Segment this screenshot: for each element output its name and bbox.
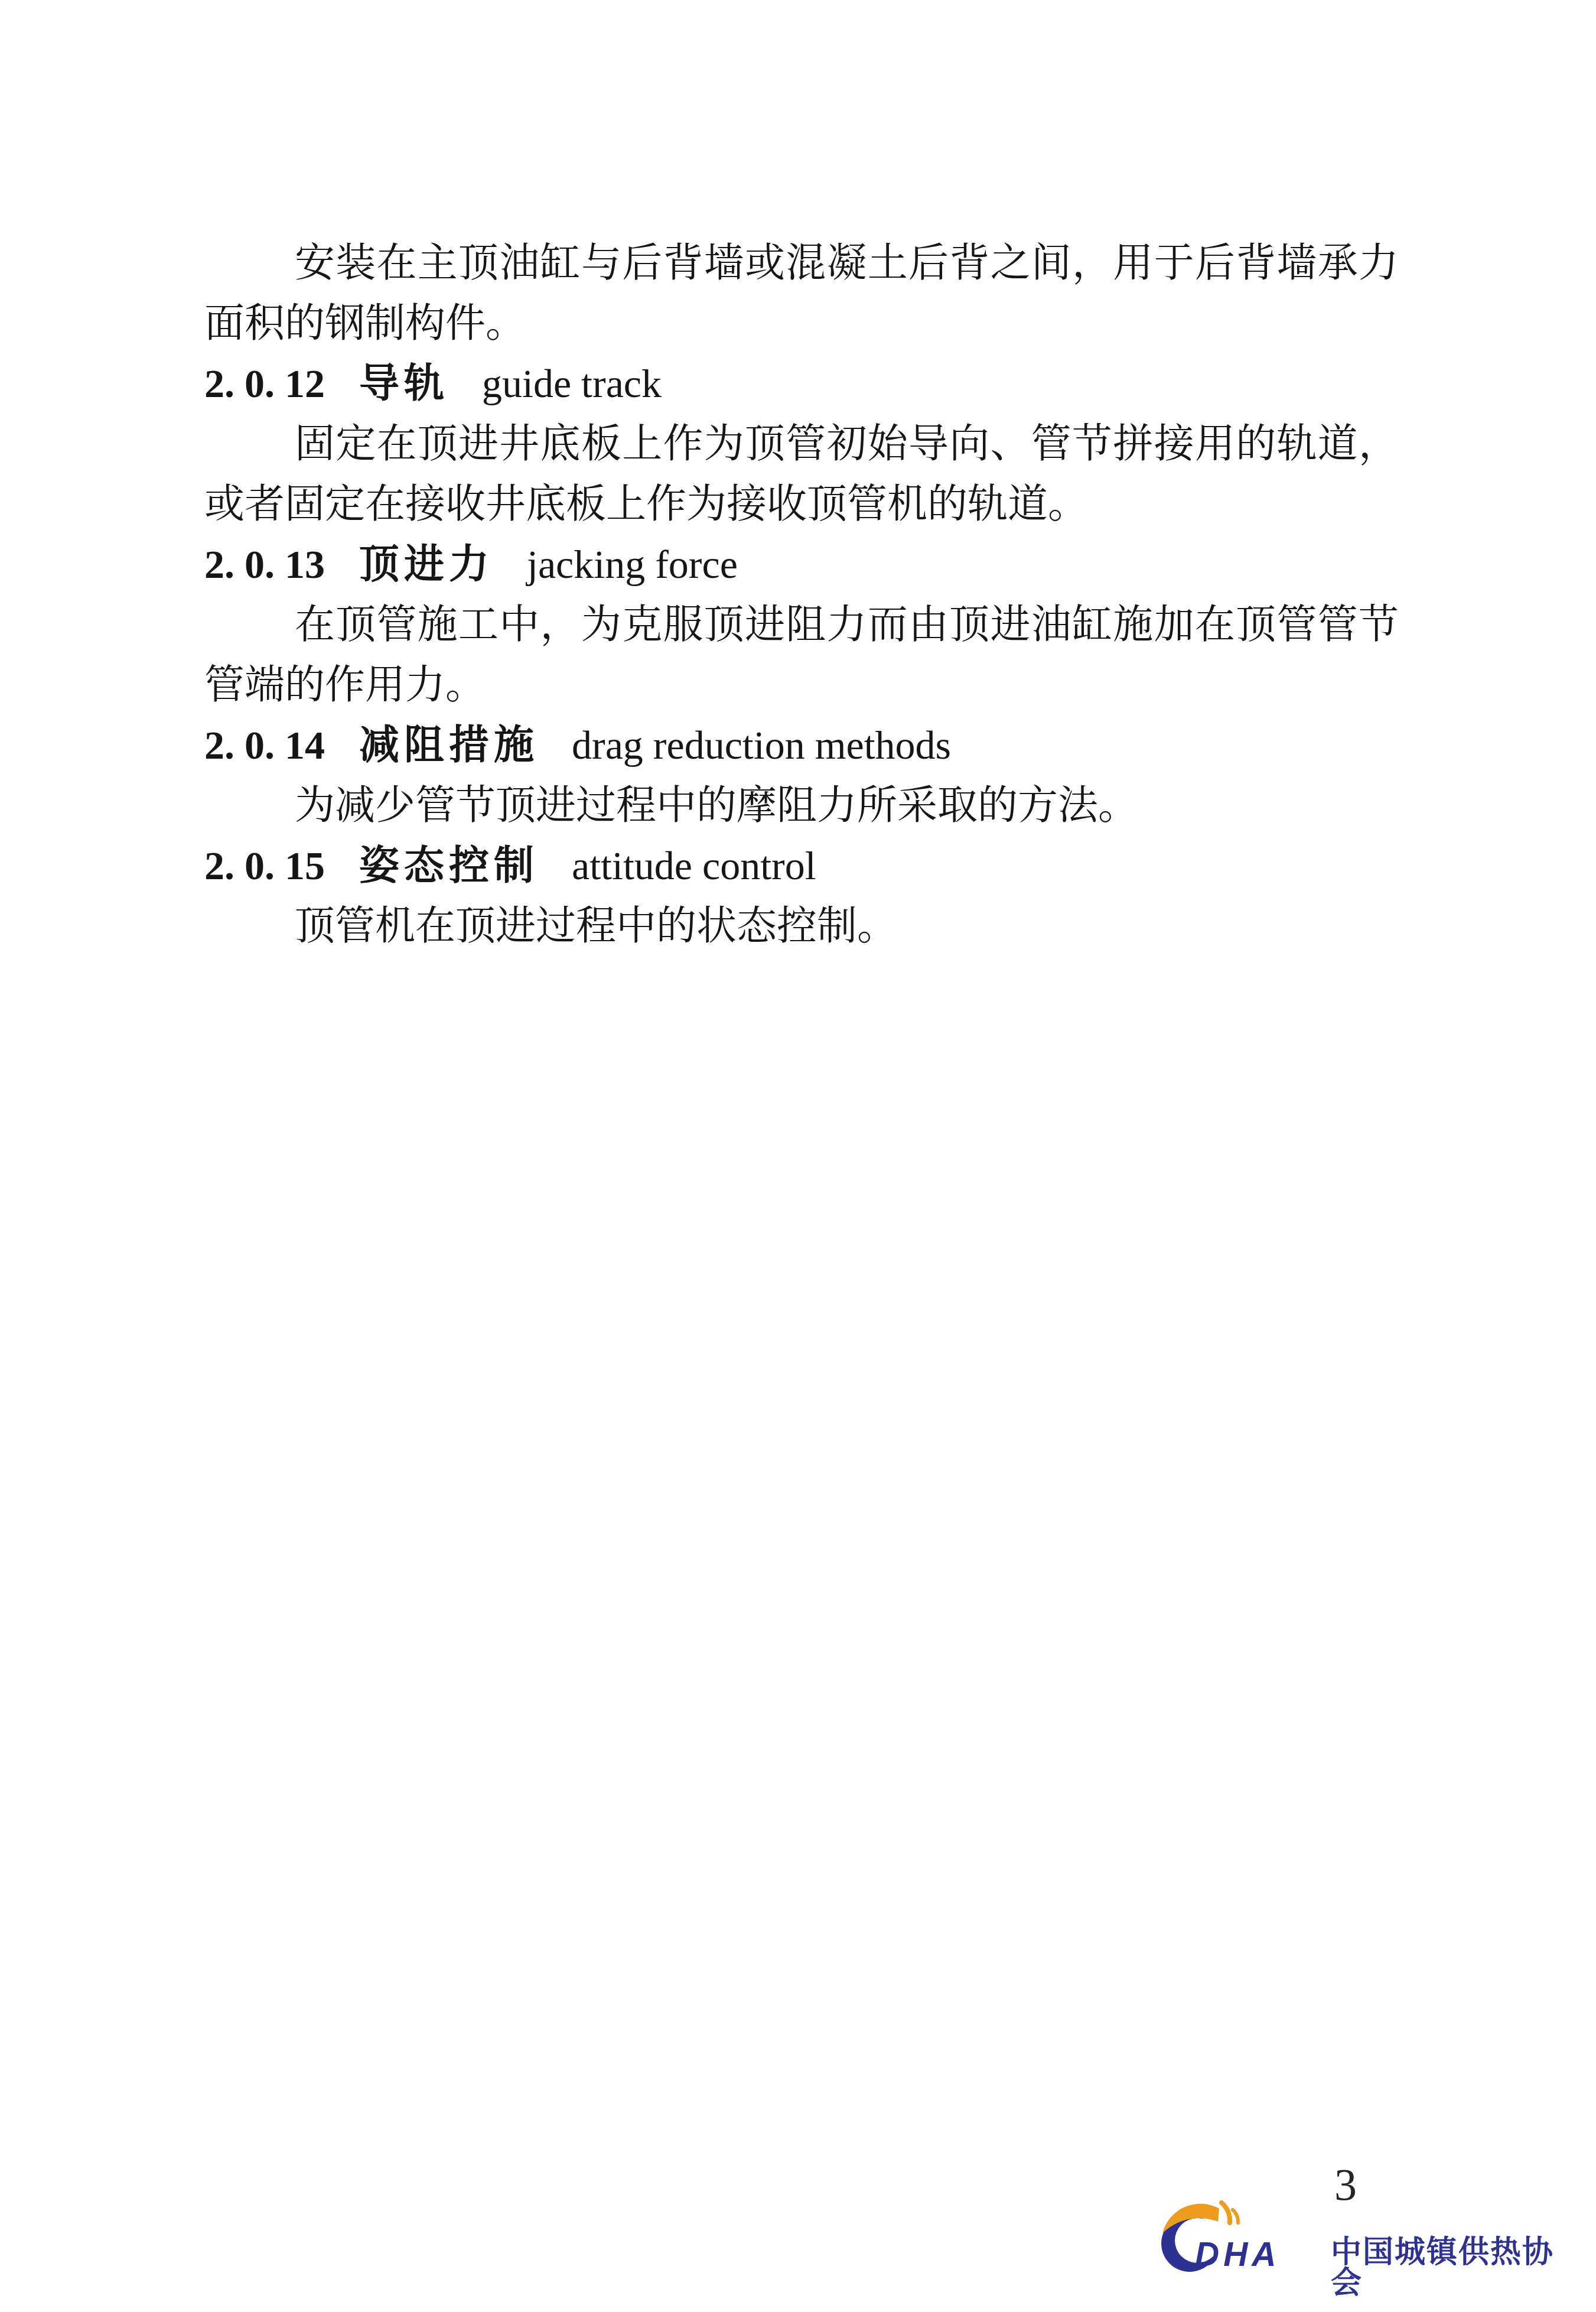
- term-name-zh: 姿态控制: [359, 843, 539, 888]
- term-name-zh: 减阻措施: [359, 723, 539, 768]
- term-name-en: drag reduction methods: [572, 723, 951, 768]
- definition-paragraph: 安装在主顶油缸与后背墙或混凝土后背之间，用于后背墙承力面积的钢制构件。: [204, 233, 1399, 353]
- logo-acronym: DHA: [1195, 2238, 1281, 2272]
- document-page: 安装在主顶油缸与后背墙或混凝土后背之间，用于后背墙承力面积的钢制构件。 2. 0…: [0, 0, 1596, 2312]
- term-name-en: attitude control: [572, 843, 816, 888]
- definition-paragraph: 为减少管节顶进过程中的摩阻力所采取的方法。: [204, 775, 1399, 835]
- term-number: 2. 0. 13: [204, 542, 325, 587]
- term-number: 2. 0. 15: [204, 843, 325, 888]
- term-entry-2-0-14: 2. 0. 14减阻措施drag reduction methods: [204, 715, 1399, 775]
- term-name-en: guide track: [482, 361, 662, 406]
- definition-paragraph: 顶管机在顶进过程中的状态控制。: [204, 896, 1399, 956]
- definition-paragraph: 在顶管施工中，为克服顶进阻力而由顶进油缸施加在顶管管节管端的作用力。: [204, 594, 1399, 715]
- term-entry-2-0-12: 2. 0. 12导轨guide track: [204, 353, 1399, 414]
- term-number: 2. 0. 12: [204, 361, 325, 406]
- logo-wave-arc-large: [1222, 2203, 1230, 2223]
- logo-wave-arc-small: [1233, 2210, 1238, 2223]
- term-number: 2. 0. 14: [204, 723, 325, 768]
- term-name-zh: 顶进力: [359, 542, 494, 587]
- definition-paragraph: 固定在顶进井底板上作为顶管初始导向、管节拼接用的轨道，或者固定在接收井底板上作为…: [204, 414, 1399, 534]
- association-logo: DHA 中国城镇供热协会: [1161, 2197, 1574, 2285]
- term-entry-2-0-15: 2. 0. 15姿态控制attitude control: [204, 835, 1399, 896]
- term-name-zh: 导轨: [359, 361, 449, 406]
- terminology-section: 安装在主顶油缸与后背墙或混凝土后背之间，用于后背墙承力面积的钢制构件。 2. 0…: [204, 233, 1399, 956]
- term-entry-2-0-13: 2. 0. 13顶进力jacking force: [204, 534, 1399, 594]
- logo-org-name: 中国城镇供热协会: [1331, 2237, 1574, 2298]
- term-name-en: jacking force: [527, 542, 738, 587]
